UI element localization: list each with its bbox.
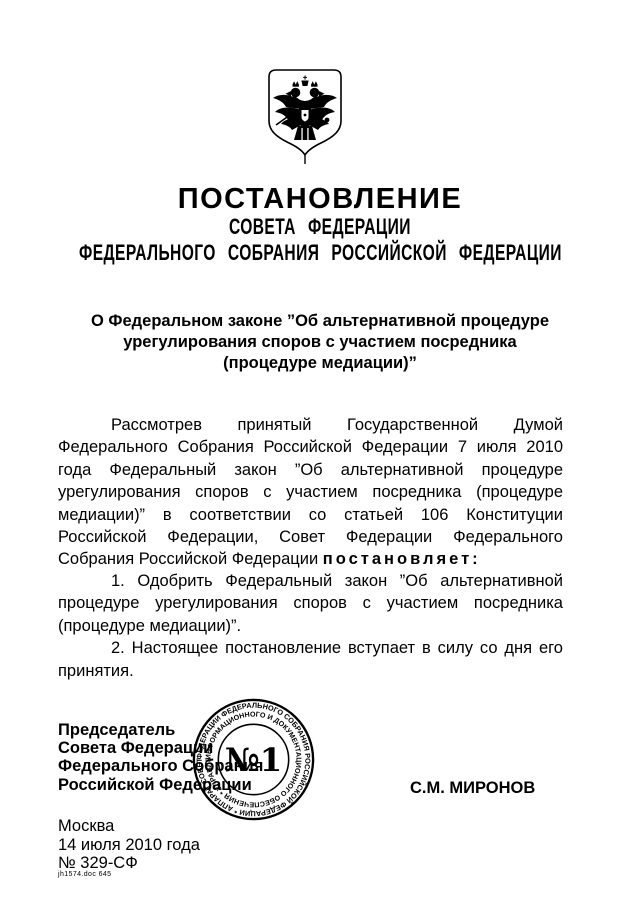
issue-details-block: Москва 14 июля 2010 года № 329-СФ (58, 817, 200, 873)
issue-date: 14 июля 2010 года (58, 836, 200, 855)
registration-stamp-seal: ФЕДЕРАЦИИ ФЕДЕРАЛЬНОГО СОБРАНИЯ РОССИЙСК… (190, 696, 317, 823)
preamble-main-text: Рассмотрев принятый Государственной Думо… (58, 416, 563, 568)
resolution-item-2: 2. Настоящее постановление вступает в си… (58, 637, 563, 682)
issue-city: Москва (58, 817, 200, 836)
russia-coat-of-arms-icon (266, 68, 344, 165)
file-reference-note: jh1574.doc 645 (58, 871, 111, 878)
preamble-text: Рассмотрев принятый Государственной Думо… (58, 414, 563, 571)
document-title: ПОСТАНОВЛЕНИЕ (0, 183, 640, 216)
decree-subject: О Федеральном законе ”Об альтернативной … (40, 311, 600, 374)
resolves-keyword: постановляет: (323, 550, 481, 568)
document-subtitle-assembly: ФЕДЕРАЛЬНОГО СОБРАНИЯ РОССИЙСКОЙ ФЕДЕРАЦ… (0, 241, 640, 263)
subject-line-1: О Федеральном законе ”Об альтернативной … (40, 311, 600, 332)
stamp-number: №1 (225, 741, 282, 779)
decree-document-page: ПОСТАНОВЛЕНИЕ СОВЕТА ФЕДЕРАЦИИ ФЕДЕРАЛЬН… (0, 0, 640, 905)
document-subtitle-council: СОВЕТА ФЕДЕРАЦИИ (0, 215, 640, 237)
subject-line-2: урегулирования споров с участием посредн… (40, 332, 600, 353)
signer-name: С.М. МИРОНОВ (410, 779, 535, 798)
subject-line-3: (процедуре медиации)” (40, 353, 600, 374)
resolution-items: 1. Одобрить Федеральный закон ”Об альтер… (58, 570, 563, 682)
resolution-item-1: 1. Одобрить Федеральный закон ”Об альтер… (58, 570, 563, 637)
preamble-paragraph: Рассмотрев принятый Государственной Думо… (58, 414, 563, 571)
decree-number: № 329-СФ (58, 854, 200, 873)
